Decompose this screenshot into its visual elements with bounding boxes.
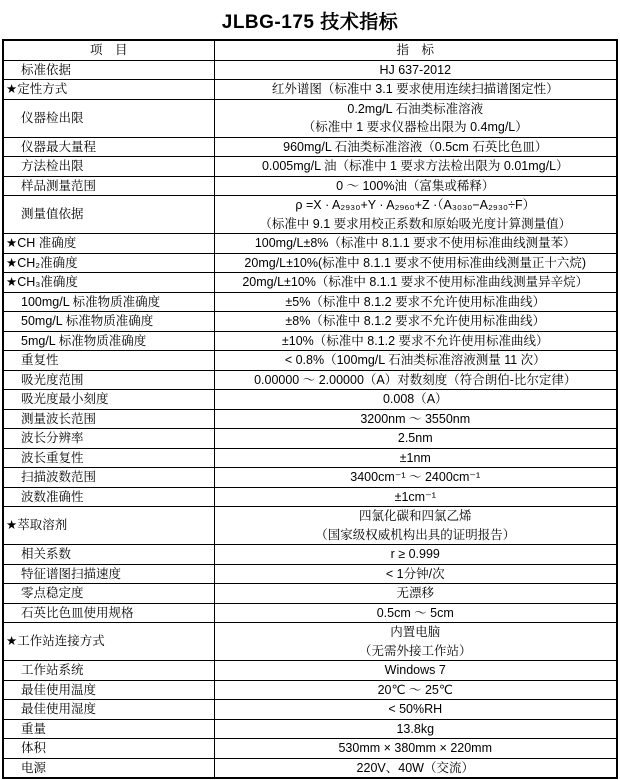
spec-value-line: 内置电脑 (215, 623, 617, 642)
column-header-item: 项 目 (3, 40, 214, 60)
table-row: ★CH₂准确度20mg/L±10%(标准中 8.1.1 要求不使用标准曲线测量正… (3, 253, 617, 273)
page: JLBG-175 技术指标 项 目 指 标 标准依据HJ 637-2012★定性… (0, 0, 620, 780)
spec-value-cell: 20℃ ～ 25℃ (214, 680, 617, 700)
spec-value-cell: < 50%RH (214, 700, 617, 720)
spec-item-label: ★工作站连接方式 (3, 623, 214, 661)
spec-value-cell: 0.005mg/L 油（标准中 1 要求方法检出限为 0.01mg/L） (214, 157, 617, 177)
spec-value-cell: 内置电脑（无需外接工作站） (214, 623, 617, 661)
spec-item-label: 零点稳定度 (3, 584, 214, 604)
spec-value-cell: 220V、40W（交流） (214, 758, 617, 778)
table-row: 5mg/L 标准物质准确度±10%（标准中 8.1.2 要求不允许使用标准曲线） (3, 331, 617, 351)
spec-value-cell: 530mm × 380mm × 220mm (214, 739, 617, 759)
spec-item-label: 波数准确性 (3, 487, 214, 507)
table-row: 样品测量范围0 ～ 100%油（富集或稀释） (3, 176, 617, 196)
spec-value-cell: < 0.8%（100mg/L 石油类标准溶液测量 11 次） (214, 351, 617, 371)
spec-value-line: （国家级权威机构出具的证明报告） (215, 526, 617, 545)
table-row: 相关系数r ≥ 0.999 (3, 545, 617, 565)
spec-item-label: 工作站系统 (3, 661, 214, 681)
spec-value-line: （标准中 9.1 要求用校正系数和原始吸光度计算测量值） (215, 215, 617, 234)
spec-value-line: 20℃ ～ 25℃ (215, 681, 617, 700)
spec-value-line: < 1分钟/次 (215, 565, 617, 584)
spec-value-line: 530mm × 380mm × 220mm (215, 739, 617, 758)
spec-value-line: （无需外接工作站） (215, 642, 617, 661)
spec-value-cell: 0.00000 ～ 2.00000（A）对数刻度（符合朗伯-比尔定律） (214, 370, 617, 390)
table-row: 最佳使用温度20℃ ～ 25℃ (3, 680, 617, 700)
spec-value-line: ±1nm (215, 449, 617, 468)
spec-value-line: 220V、40W（交流） (215, 759, 617, 778)
table-row: 重量13.8kg (3, 719, 617, 739)
table-row: 50mg/L 标准物质准确度±8%（标准中 8.1.2 要求不允许使用标准曲线） (3, 312, 617, 332)
spec-value-line: 3200nm ～ 3550nm (215, 410, 617, 429)
spec-item-label: 特征谱图扫描速度 (3, 564, 214, 584)
table-row: 吸光度最小刻度0.008（A） (3, 390, 617, 410)
table-row: 体积530mm × 380mm × 220mm (3, 739, 617, 759)
spec-item-label: 电源 (3, 758, 214, 778)
spec-item-label: 体积 (3, 739, 214, 759)
spec-value-cell: < 1分钟/次 (214, 564, 617, 584)
spec-value-line: 2.5nm (215, 429, 617, 448)
spec-value-cell: ±1nm (214, 448, 617, 468)
spec-value-line: 100mg/L±8%（标准中 8.1.1 要求不使用标准曲线测量苯） (215, 234, 617, 253)
table-row: 仪器检出限0.2mg/L 石油类标准溶液（标准中 1 要求仪器检出限为 0.4m… (3, 99, 617, 137)
spec-value-cell: 2.5nm (214, 429, 617, 449)
table-row: 方法检出限0.005mg/L 油（标准中 1 要求方法检出限为 0.01mg/L… (3, 157, 617, 177)
spec-value-cell: 无漂移 (214, 584, 617, 604)
spec-value-line: 0.2mg/L 石油类标准溶液 (215, 100, 617, 119)
spec-value-line: 0.5cm ～ 5cm (215, 604, 617, 623)
spec-value-cell: 13.8kg (214, 719, 617, 739)
table-row: ★定性方式红外谱图（标准中 3.1 要求使用连续扫描谱图定性） (3, 80, 617, 100)
spec-item-label: 样品测量范围 (3, 176, 214, 196)
spec-value-line: 20mg/L±10%(标准中 8.1.1 要求不使用标准曲线测量正十六烷) (215, 254, 617, 273)
spec-value-cell: r ≥ 0.999 (214, 545, 617, 565)
table-row: 100mg/L 标准物质准确度±5%（标准中 8.1.2 要求不允许使用标准曲线… (3, 292, 617, 312)
spec-value-cell: ±8%（标准中 8.1.2 要求不允许使用标准曲线） (214, 312, 617, 332)
spec-value-line: 0.00000 ～ 2.00000（A）对数刻度（符合朗伯-比尔定律） (215, 371, 617, 390)
spec-value-cell: 3200nm ～ 3550nm (214, 409, 617, 429)
spec-item-label: 测量波长范围 (3, 409, 214, 429)
table-row: ★CH₃准确度20mg/L±10%（标准中 8.1.1 要求不使用标准曲线测量异… (3, 273, 617, 293)
spec-item-label: ★定性方式 (3, 80, 214, 100)
spec-item-label: 100mg/L 标准物质准确度 (3, 292, 214, 312)
spec-item-label: 50mg/L 标准物质准确度 (3, 312, 214, 332)
spec-item-label: ★CH₂准确度 (3, 253, 214, 273)
spec-item-label: 仪器检出限 (3, 99, 214, 137)
table-row: 吸光度范围0.00000 ～ 2.00000（A）对数刻度（符合朗伯-比尔定律） (3, 370, 617, 390)
spec-item-label: 吸光度最小刻度 (3, 390, 214, 410)
table-row: 波长重复性±1nm (3, 448, 617, 468)
spec-value-cell: HJ 637-2012 (214, 60, 617, 80)
table-row: 石英比色皿使用规格0.5cm ～ 5cm (3, 603, 617, 623)
spec-value-line: 20mg/L±10%（标准中 8.1.1 要求不使用标准曲线测量异辛烷） (215, 273, 617, 292)
spec-value-cell: ±5%（标准中 8.1.2 要求不允许使用标准曲线） (214, 292, 617, 312)
spec-item-label: 最佳使用湿度 (3, 700, 214, 720)
spec-table: 项 目 指 标 标准依据HJ 637-2012★定性方式红外谱图（标准中 3.1… (2, 39, 618, 779)
table-row: 波数准确性±1cm⁻¹ (3, 487, 617, 507)
table-row: 波长分辨率2.5nm (3, 429, 617, 449)
table-row: 特征谱图扫描速度< 1分钟/次 (3, 564, 617, 584)
table-row: ★工作站连接方式内置电脑（无需外接工作站） (3, 623, 617, 661)
page-title: JLBG-175 技术指标 (0, 7, 620, 34)
spec-value-cell: Windows 7 (214, 661, 617, 681)
spec-value-cell: 100mg/L±8%（标准中 8.1.1 要求不使用标准曲线测量苯） (214, 234, 617, 254)
spec-value-line: ±8%（标准中 8.1.2 要求不允许使用标准曲线） (215, 312, 617, 331)
spec-value-line: 0.005mg/L 油（标准中 1 要求方法检出限为 0.01mg/L） (215, 157, 617, 176)
table-row: 扫描波数范围3400cm⁻¹ ～ 2400cm⁻¹ (3, 468, 617, 488)
spec-value-line: （标准中 1 要求仪器检出限为 0.4mg/L） (215, 118, 617, 137)
table-row: 电源220V、40W（交流） (3, 758, 617, 778)
spec-item-label: 相关系数 (3, 545, 214, 565)
spec-value-cell: 20mg/L±10%（标准中 8.1.1 要求不使用标准曲线测量异辛烷） (214, 273, 617, 293)
table-row: ★萃取溶剂四氯化碳和四氯乙烯（国家级权威机构出具的证明报告） (3, 507, 617, 545)
table-row: 零点稳定度无漂移 (3, 584, 617, 604)
spec-value-line: 无漂移 (215, 584, 617, 603)
spec-value-cell: 0 ～ 100%油（富集或稀释） (214, 176, 617, 196)
spec-value-cell: ±1cm⁻¹ (214, 487, 617, 507)
spec-value-line: 红外谱图（标准中 3.1 要求使用连续扫描谱图定性） (215, 80, 617, 99)
spec-item-label: 波长重复性 (3, 448, 214, 468)
spec-item-label: 仪器最大量程 (3, 137, 214, 157)
table-row: 重复性< 0.8%（100mg/L 石油类标准溶液测量 11 次） (3, 351, 617, 371)
spec-value-line: 960mg/L 石油类标准溶液（0.5cm 石英比色皿） (215, 138, 617, 157)
spec-value-cell: 20mg/L±10%(标准中 8.1.1 要求不使用标准曲线测量正十六烷) (214, 253, 617, 273)
table-header-row: 项 目 指 标 (3, 40, 617, 60)
spec-value-line: 3400cm⁻¹ ～ 2400cm⁻¹ (215, 468, 617, 487)
spec-value-line: r ≥ 0.999 (215, 545, 617, 564)
spec-item-label: 方法检出限 (3, 157, 214, 177)
spec-value-line: 0.008（A） (215, 390, 617, 409)
spec-item-label: 标准依据 (3, 60, 214, 80)
spec-item-label: 波长分辨率 (3, 429, 214, 449)
spec-value-line: 13.8kg (215, 720, 617, 739)
spec-item-label: 重复性 (3, 351, 214, 371)
spec-item-label: 5mg/L 标准物质准确度 (3, 331, 214, 351)
spec-value-cell: 3400cm⁻¹ ～ 2400cm⁻¹ (214, 468, 617, 488)
column-header-spec: 指 标 (214, 40, 617, 60)
spec-item-label: 重量 (3, 719, 214, 739)
spec-value-line: < 0.8%（100mg/L 石油类标准溶液测量 11 次） (215, 351, 617, 370)
spec-item-label: 测量值依据 (3, 196, 214, 234)
table-row: 仪器最大量程960mg/L 石油类标准溶液（0.5cm 石英比色皿） (3, 137, 617, 157)
spec-table-body: 标准依据HJ 637-2012★定性方式红外谱图（标准中 3.1 要求使用连续扫… (3, 60, 617, 778)
spec-value-cell: 红外谱图（标准中 3.1 要求使用连续扫描谱图定性） (214, 80, 617, 100)
table-row: 测量波长范围3200nm ～ 3550nm (3, 409, 617, 429)
spec-value-line: ρ =X · A₂₉₃₀+Y · A₂₉₆₀+Z ·（A₃₀₃₀−A₂₉₃₀÷F… (215, 196, 617, 215)
spec-value-cell: ±10%（标准中 8.1.2 要求不允许使用标准曲线） (214, 331, 617, 351)
spec-value-cell: 0.008（A） (214, 390, 617, 410)
spec-item-label: ★萃取溶剂 (3, 507, 214, 545)
table-row: 标准依据HJ 637-2012 (3, 60, 617, 80)
spec-item-label: ★CH 准确度 (3, 234, 214, 254)
spec-item-label: 吸光度范围 (3, 370, 214, 390)
spec-value-cell: 四氯化碳和四氯乙烯（国家级权威机构出具的证明报告） (214, 507, 617, 545)
table-row: 最佳使用湿度< 50%RH (3, 700, 617, 720)
spec-item-label: ★CH₃准确度 (3, 273, 214, 293)
spec-value-line: Windows 7 (215, 661, 617, 680)
table-row: 测量值依据ρ =X · A₂₉₃₀+Y · A₂₉₆₀+Z ·（A₃₀₃₀−A₂… (3, 196, 617, 234)
spec-value-line: 0 ～ 100%油（富集或稀释） (215, 177, 617, 196)
spec-value-line: ±10%（标准中 8.1.2 要求不允许使用标准曲线） (215, 332, 617, 351)
spec-value-cell: 0.5cm ～ 5cm (214, 603, 617, 623)
spec-value-line: HJ 637-2012 (215, 61, 617, 80)
spec-item-label: 石英比色皿使用规格 (3, 603, 214, 623)
spec-value-line: < 50%RH (215, 700, 617, 719)
spec-value-cell: 0.2mg/L 石油类标准溶液（标准中 1 要求仪器检出限为 0.4mg/L） (214, 99, 617, 137)
spec-value-line: ±1cm⁻¹ (215, 488, 617, 507)
spec-value-line: 四氯化碳和四氯乙烯 (215, 507, 617, 526)
table-row: 工作站系统Windows 7 (3, 661, 617, 681)
spec-item-label: 扫描波数范围 (3, 468, 214, 488)
table-row: ★CH 准确度100mg/L±8%（标准中 8.1.1 要求不使用标准曲线测量苯… (3, 234, 617, 254)
spec-value-cell: ρ =X · A₂₉₃₀+Y · A₂₉₆₀+Z ·（A₃₀₃₀−A₂₉₃₀÷F… (214, 196, 617, 234)
spec-value-cell: 960mg/L 石油类标准溶液（0.5cm 石英比色皿） (214, 137, 617, 157)
spec-value-line: ±5%（标准中 8.1.2 要求不允许使用标准曲线） (215, 293, 617, 312)
spec-item-label: 最佳使用温度 (3, 680, 214, 700)
